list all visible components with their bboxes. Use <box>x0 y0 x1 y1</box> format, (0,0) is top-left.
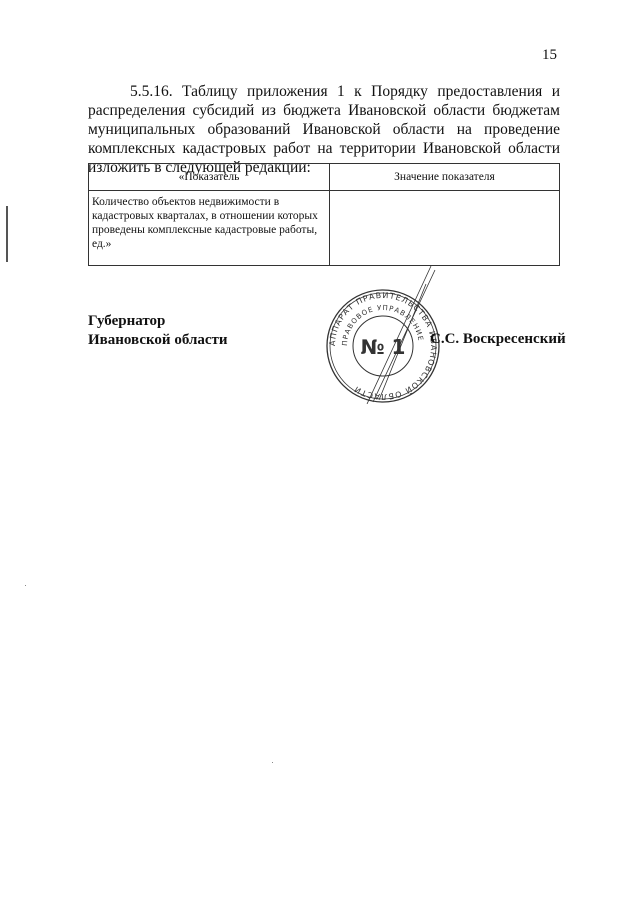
table-header-row: «Показатель Значение показателя <box>89 164 560 191</box>
page-number: 15 <box>542 47 557 64</box>
official-seal-stamp: АППАРАТ ПРАВИТЕЛЬСТВА ИВАНОВСКОЙ ОБЛАСТИ… <box>323 264 443 404</box>
header-indicator: «Показатель <box>89 164 330 191</box>
scan-speck <box>25 585 26 586</box>
scan-speck <box>272 762 273 763</box>
cell-value <box>330 191 560 266</box>
signatory-title: Губернатор Ивановской области <box>88 312 228 350</box>
table-row: Количество объектов недвижимости в кадас… <box>89 191 560 266</box>
scan-margin-mark <box>6 206 8 262</box>
indicator-table: «Показатель Значение показателя Количест… <box>88 163 560 266</box>
cell-indicator: Количество объектов недвижимости в кадас… <box>89 191 330 266</box>
signatory-title-line1: Губернатор <box>88 312 228 331</box>
signatory-title-line2: Ивановской области <box>88 331 228 350</box>
signatory-name: С.С. Воскресенский <box>430 331 566 348</box>
header-value: Значение показателя <box>330 164 560 191</box>
